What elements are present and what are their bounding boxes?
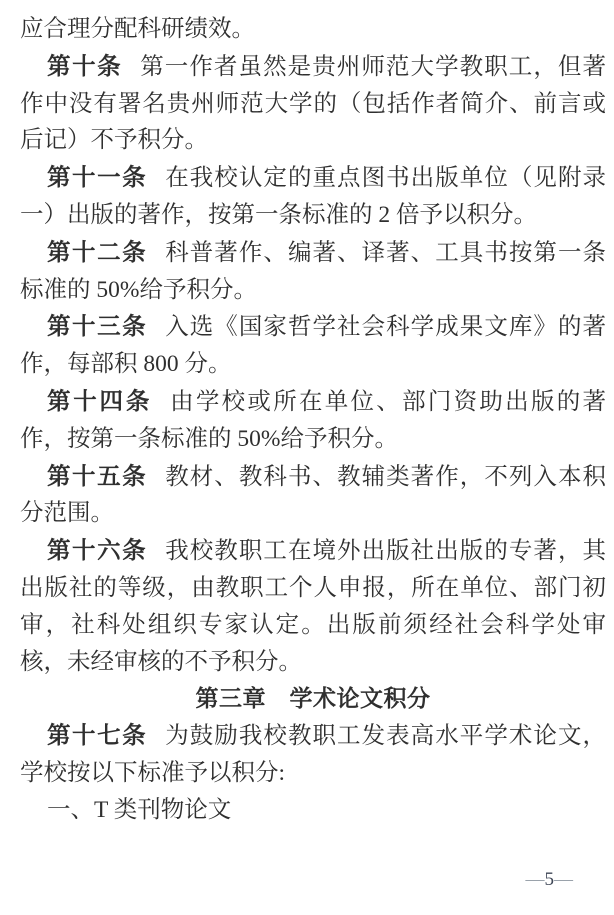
article-10-paragraph: 第十条第一作者虽然是贵州师范大学教职工，但著作中没有署名贵州师范大学的（包括作者… bbox=[20, 48, 606, 159]
list-item-t-class-journals: 一、T 类刊物论文 bbox=[20, 792, 606, 829]
document-page: 应合理分配科研绩效。 第十条第一作者虽然是贵州师范大学教职工，但著作中没有署名贵… bbox=[0, 0, 614, 915]
article-11-paragraph: 第十一条在我校认定的重点图书出版单位（见附录一）出版的著作，按第一条标准的 2 … bbox=[20, 159, 606, 234]
article-12-number: 第十二条 bbox=[47, 239, 147, 265]
article-14-number: 第十四条 bbox=[47, 388, 152, 414]
article-16-number: 第十六条 bbox=[47, 537, 147, 563]
article-15-paragraph: 第十五条教材、教科书、教辅类著作，不列入本积分范围。 bbox=[20, 458, 606, 533]
page-number: —5— bbox=[526, 868, 574, 892]
article-13-number: 第十三条 bbox=[47, 313, 147, 339]
page-number-dash-right: — bbox=[554, 869, 573, 890]
page-number-value: 5 bbox=[545, 869, 555, 890]
article-16-paragraph: 第十六条我校教职工在境外出版社出版的专著，其出版社的等级，由教职工个人申报，所在… bbox=[20, 532, 606, 680]
document-body: 应合理分配科研绩效。 第十条第一作者虽然是贵州师范大学教职工，但著作中没有署名贵… bbox=[20, 11, 606, 829]
article-13-paragraph: 第十三条入选《国家哲学社会科学成果文库》的著作，每部积 800 分。 bbox=[20, 308, 606, 383]
article-12-paragraph: 第十二条科普著作、编著、译著、工具书按第一条标准的 50%给予积分。 bbox=[20, 234, 606, 309]
page-number-dash-left: — bbox=[526, 869, 545, 890]
chapter-3-heading: 第三章 学术论文积分 bbox=[20, 680, 606, 717]
article-14-paragraph: 第十四条由学校或所在单位、部门资助出版的著作，按第一条标准的 50%给予积分。 bbox=[20, 383, 606, 458]
intro-continuation-line: 应合理分配科研绩效。 bbox=[20, 11, 606, 48]
article-10-number: 第十条 bbox=[47, 53, 122, 79]
article-11-number: 第十一条 bbox=[47, 164, 147, 190]
article-17-paragraph: 第十七条为鼓励我校教职工发表高水平学术论文，学校按以下标准予以积分: bbox=[20, 717, 606, 792]
article-17-number: 第十七条 bbox=[47, 722, 147, 748]
article-15-number: 第十五条 bbox=[47, 463, 147, 489]
